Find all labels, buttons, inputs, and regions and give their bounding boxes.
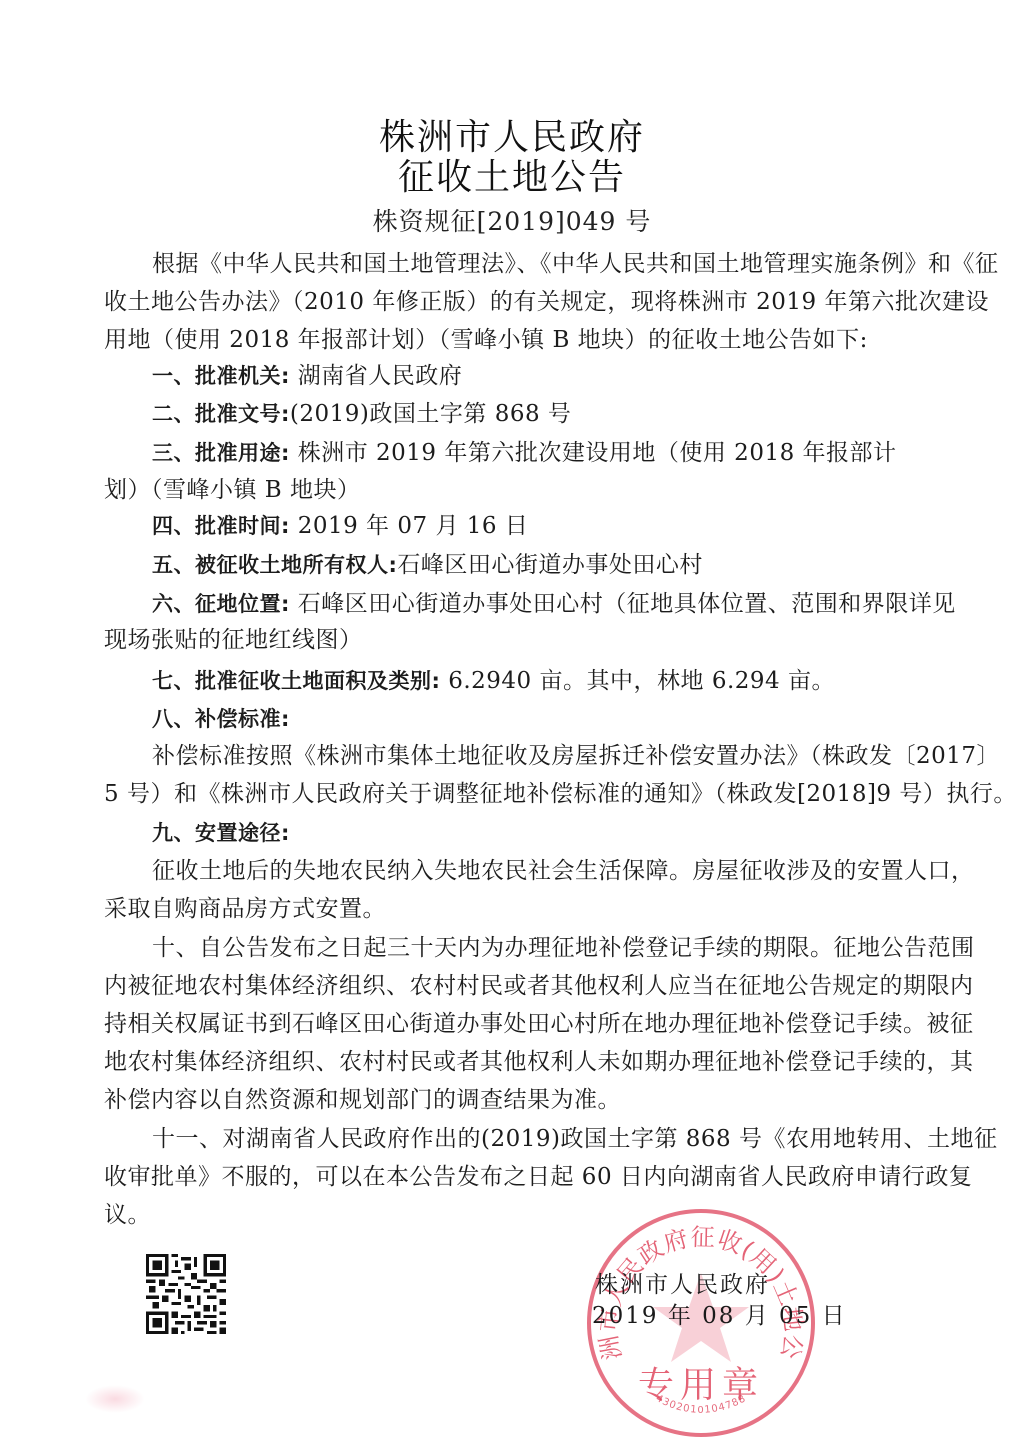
item-land-location-cont: 现场张贴的征地红线图） [104,624,974,656]
item-compensation-heading: 八、补偿标准: [152,703,1022,735]
item-label: 九、安置途径: [152,821,290,845]
title-line-1: 株洲市人民政府 [0,118,1024,158]
item-land-owner: 五、被征收土地所有权人:石峰区田心街道办事处田心村 [152,549,1022,581]
item-approval-date: 四、批准时间: 2019 年 07 月 16 日 [152,510,1022,542]
title-line-2: 征收土地公告 [0,158,1024,198]
item10-line-4: 地农村集体经济组织、农村村民或者其他权利人未如期办理征地补偿登记手续的，其 [104,1046,974,1078]
resettlement-line-2: 采取自购商品房方式安置。 [104,893,974,925]
item-label: 三、批准用途: [152,441,290,465]
intro-line-3: 用地（使用 2018 年报部计划）（雪峰小镇 B 地块）的征收土地公告如下: [104,324,974,356]
intro-line-1: 根据《中华人民共和国土地管理法》、《中华人民共和国土地管理实施条例》和《征 [152,248,1022,280]
item-label: 八、补偿标准: [152,707,290,731]
item-value: 石峰区田心街道办事处田心村（征地具体位置、范围和界限详见 [290,591,956,617]
item-value: 株洲市 2019 年第六批次建设用地（使用 2018 年报部计 [290,440,897,466]
item-approval-number: 二、批准文号:(2019)政国土字第 868 号 [152,398,1022,430]
item-approved-use-cont: 划）（雪峰小镇 B 地块） [104,474,974,506]
item-land-location: 六、征地位置: 石峰区田心街道办事处田心村（征地具体位置、范围和界限详见 [152,588,1022,620]
item10-line-5: 补偿内容以自然资源和规划部门的调查结果为准。 [104,1084,974,1116]
ink-smudge [85,1385,145,1413]
item-label: 四、批准时间: [152,514,290,538]
item-value: (2019)政国土字第 868 号 [290,401,572,427]
signature-organization: 株洲市人民政府 [595,1266,770,1299]
item-resettlement-heading: 九、安置途径: [152,817,1022,849]
item11-line-1: 十一、对湖南省人民政府作出的(2019)政国土字第 868 号《农用地转用、土地… [152,1123,1022,1155]
item11-line-3: 议。 [104,1199,974,1231]
compensation-line-2: 5 号）和《株洲市人民政府关于调整征地补偿标准的通知》（株政发[2018]9 号… [104,778,974,810]
item10-line-2: 内被征地农村集体经济组织、农村村民或者其他权利人应当在征地公告规定的期限内 [104,970,974,1002]
item-value: 2019 年 07 月 16 日 [290,513,528,539]
intro-line-2: 收土地公告办法》（2010 年修正版）的有关规定，现将株洲市 2019 年第六批… [104,286,974,318]
item-land-area: 七、批准征收土地面积及类别: 6.2940 亩。其中，林地 6.294 亩。 [152,665,1022,697]
item-approval-authority: 一、批准机关: 湖南省人民政府 [152,360,1022,392]
item-value: 6.2940 亩。其中，林地 6.294 亩。 [440,668,835,694]
compensation-line-1: 补偿标准按照《株洲市集体土地征收及房屋拆迁补偿安置办法》（株政发〔2017〕 [152,740,1022,772]
item10-line-1: 十、自公告发布之日起三十天内为办理征地补偿登记手续的期限。征地公告范围 [152,932,1022,964]
item-label: 七、批准征收土地面积及类别: [152,669,440,693]
item10-line-3: 持相关权属证书到石峰区田心街道办事处田心村所在地办理征地补偿登记手续。被征 [104,1008,974,1040]
item-label: 六、征地位置: [152,592,290,616]
resettlement-line-1: 征收土地后的失地农民纳入失地农民社会生活保障。房屋征收涉及的安置人口， [152,855,1022,887]
item-label: 二、批准文号: [152,402,290,426]
item-value: 石峰区田心街道办事处田心村 [397,552,703,578]
doc-number: 株资规征[2019]049 号 [0,202,1024,238]
qr-code-icon [146,1254,226,1334]
item-label: 一、批准机关: [152,364,290,388]
item-label: 五、被征收土地所有权人: [152,553,397,577]
document-page: 株洲市人民政府 征收土地公告 株资规征[2019]049 号 根据《中华人民共和… [0,0,1024,1442]
item11-line-2: 收审批单》不服的，可以在本公告发布之日起 60 日内向湖南省人民政府申请行政复 [104,1161,974,1193]
signature-date: 2019 年 08 月 05 日 [592,1297,847,1330]
item-value: 湖南省人民政府 [290,363,462,389]
item-approved-use: 三、批准用途: 株洲市 2019 年第六批次建设用地（使用 2018 年报部计 [152,437,1022,469]
